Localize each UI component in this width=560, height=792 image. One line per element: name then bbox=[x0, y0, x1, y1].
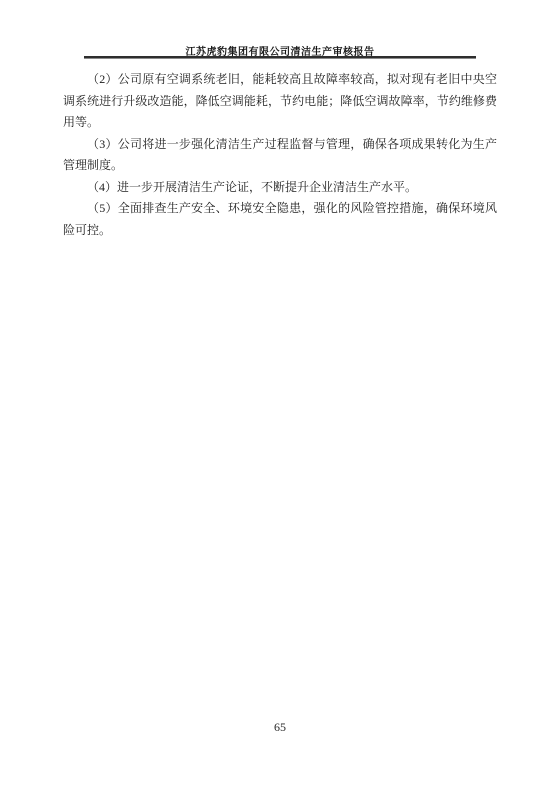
header-divider bbox=[84, 56, 476, 59]
document-page: 江苏虎豹集团有限公司清洁生产审核报告 （2）公司原有空调系统老旧，能耗较高且故障… bbox=[0, 0, 560, 792]
paragraph-item-3: （3）公司将进一步强化清洁生产过程监督与管理，确保各项成果转化为生产管理制度。 bbox=[63, 134, 497, 177]
page-number: 65 bbox=[0, 720, 560, 735]
paragraph-item-5: （5）全面排查生产安全、环境安全隐患，强化的风险管控措施，确保环境风险可控。 bbox=[63, 198, 497, 241]
paragraph-item-2: （2）公司原有空调系统老旧，能耗较高且故障率较高，拟对现有老旧中央空调系统进行升… bbox=[63, 69, 497, 134]
paragraph-item-4: （4）进一步开展清洁生产论证，不断提升企业清洁生产水平。 bbox=[63, 177, 497, 199]
document-body: （2）公司原有空调系统老旧，能耗较高且故障率较高，拟对现有老旧中央空调系统进行升… bbox=[63, 69, 497, 241]
